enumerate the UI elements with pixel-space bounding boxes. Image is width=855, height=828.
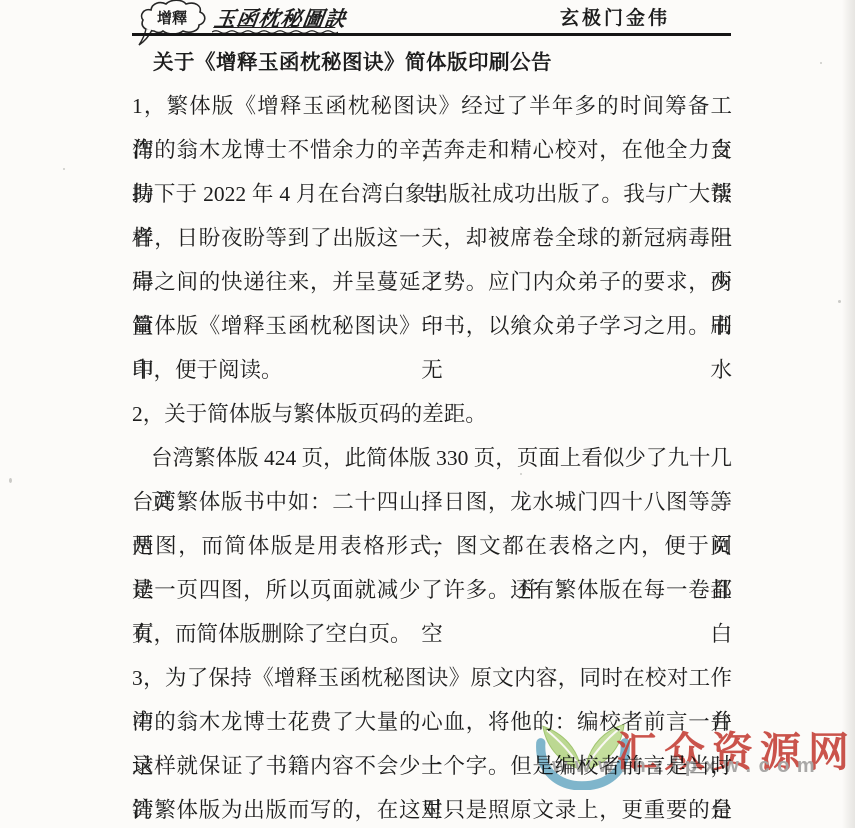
page-header: 增釋 玉函枕秘圖訣 玄极门金伟 bbox=[0, 0, 855, 40]
cloud-badge-icon: 增釋 bbox=[138, 0, 216, 46]
text-line: 岸之间的快递往来，并呈蔓延之势。应门内众弟子的要求，少量印刷 bbox=[132, 260, 732, 304]
text-line: 两图，而简体版是用表格形式，图文都在表格之内，便于阅读，并且 bbox=[132, 524, 732, 568]
text-line: 2，关于简体版与繁体版页码的差距。 bbox=[132, 392, 732, 436]
text-line: 简体版《增释玉函枕秘图诀》一书，以飨众弟子学习之用。书中无水 bbox=[132, 304, 732, 348]
scanned-document-page: 增釋 玉函枕秘圖訣 玄极门金伟 关于《增释玉函枕秘图诀》简体版印刷公告 1，繁体… bbox=[0, 0, 855, 828]
header-rule bbox=[132, 33, 731, 36]
text-line: 湾繁体版为出版而写的，在这里只是照原文录上，更重要的是对翁木 bbox=[132, 788, 732, 828]
cloud-badge-text: 增釋 bbox=[157, 9, 187, 27]
text-line: 湾的翁木龙博士花费了大量的心血，将他的：编校者前言一并录上， bbox=[132, 700, 732, 744]
text-line: 1，繁体版《增释玉函枕秘图诀》经过了半年多的时间筹备工作，台 bbox=[132, 84, 732, 128]
text-line: 是一页四图，所以页面就减少了许多。还有繁体版在每一卷都有空白 bbox=[132, 568, 732, 612]
scan-speck bbox=[838, 300, 841, 303]
text-line: 台湾繁体版 424 页，此简体版 330 页，页面上看似少了九十几页。 bbox=[132, 436, 732, 480]
author-name: 玄极门金伟 bbox=[560, 3, 670, 30]
text-line: 这样就保证了书籍内容不会少一个字。但是编校者前言是当时针对台 bbox=[132, 744, 732, 788]
scan-edge-strip bbox=[842, 0, 855, 828]
scan-speck bbox=[9, 478, 12, 483]
scan-speck bbox=[820, 62, 822, 64]
text-line: 湾的翁木龙博士不惜余力的辛苦奔走和精心校对，在他全力支持与帮 bbox=[132, 128, 732, 172]
page-title: 关于《增释玉函枕秘图诀》简体版印刷公告 bbox=[153, 45, 552, 75]
scan-speck bbox=[520, 473, 522, 475]
text-line: 3，为了保持《增释玉函枕秘图诀》原文内容，同时在校对工作中台 bbox=[132, 656, 732, 700]
body-text: 1，繁体版《增释玉函枕秘图诀》经过了半年多的时间筹备工作，台湾的翁木龙博士不惜余… bbox=[132, 84, 732, 828]
scan-speck bbox=[63, 168, 65, 170]
text-line: 样，日盼夜盼等到了出版这一天，却被席卷全球的新冠病毒阻碍了两 bbox=[132, 216, 732, 260]
text-line: 台湾繁体版书中如：二十四山择日图，龙水城门四十八图等等是一页 bbox=[132, 480, 732, 524]
text-line: 助下于 2022 年 4 月在台湾白象出版社成功出版了。我与广大读者一 bbox=[132, 172, 732, 216]
logo-book-title: 玉函枕秘圖訣 bbox=[213, 3, 339, 28]
